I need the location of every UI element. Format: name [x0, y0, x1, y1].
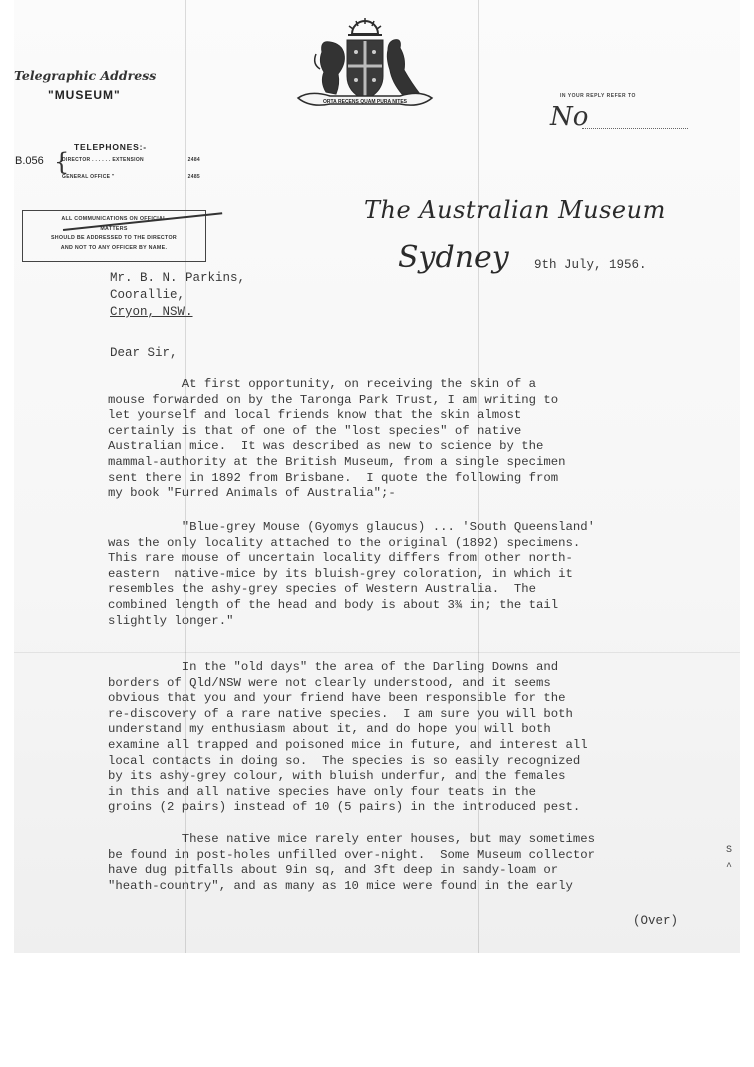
- recipient-address: Mr. B. N. Parkins, Coorallie, Cryon, NSW…: [110, 270, 245, 321]
- body-paragraph-2-quote: "Blue-grey Mouse (Gyomys glaucus) ... 'S…: [108, 520, 738, 629]
- body-paragraph-4: These native mice rarely enter houses, b…: [108, 832, 738, 894]
- telephone-line-label: GENERAL OFFICE ": [62, 174, 115, 180]
- margin-caret-mark: ^: [726, 862, 732, 873]
- reply-number-field: [582, 128, 688, 129]
- recipient-town: Cryon, NSW.: [110, 304, 245, 321]
- body-paragraph-3: In the "old days" the area of the Darlin…: [108, 660, 738, 816]
- body-paragraph-1: At first opportunity, on receiving the s…: [108, 377, 738, 502]
- notice-line: SHOULD BE ADDRESSED TO THE DIRECTOR: [23, 234, 205, 244]
- salutation: Dear Sir,: [110, 346, 178, 360]
- institution-city: Sydney: [398, 240, 509, 275]
- telephones-title: TELEPHONES:-: [74, 142, 147, 152]
- institution-name: The Australian Museum: [364, 196, 666, 224]
- margin-correction-mark: S: [726, 845, 732, 856]
- telegraphic-address-label: Telegraphic Address: [14, 68, 156, 83]
- notice-line: AND NOT TO ANY OFFICER BY NAME.: [23, 244, 205, 254]
- fold-crease: [14, 652, 740, 653]
- telephone-code: B.056: [15, 155, 44, 167]
- official-notice-box: ALL COMMUNICATIONS ON OFFICIAL MATTERS S…: [22, 210, 206, 262]
- letter-date: 9th July, 1956.: [534, 258, 647, 272]
- telephone-line-number: 2485: [188, 174, 200, 180]
- telephone-line-number: 2484: [188, 157, 200, 163]
- telephone-line-general: GENERAL OFFICE " 2485: [62, 174, 200, 180]
- telephone-line-label: DIRECTOR . . . . . . EXTENSION: [62, 157, 144, 163]
- reply-reference-label: IN YOUR REPLY REFER TO: [560, 93, 636, 99]
- recipient-property: Coorallie,: [110, 287, 245, 304]
- notice-line: MATTERS: [23, 225, 205, 235]
- telephone-line-director: DIRECTOR . . . . . . EXTENSION 2484: [62, 157, 200, 163]
- telegraphic-address-value: "MUSEUM": [48, 88, 121, 102]
- coat-of-arms-icon: ORTA RECENS QUAM PURA NITES: [290, 14, 440, 114]
- svg-text:ORTA RECENS QUAM PURA NITES: ORTA RECENS QUAM PURA NITES: [323, 99, 408, 105]
- recipient-name: Mr. B. N. Parkins,: [110, 270, 245, 287]
- continuation-note: (Over): [633, 914, 678, 928]
